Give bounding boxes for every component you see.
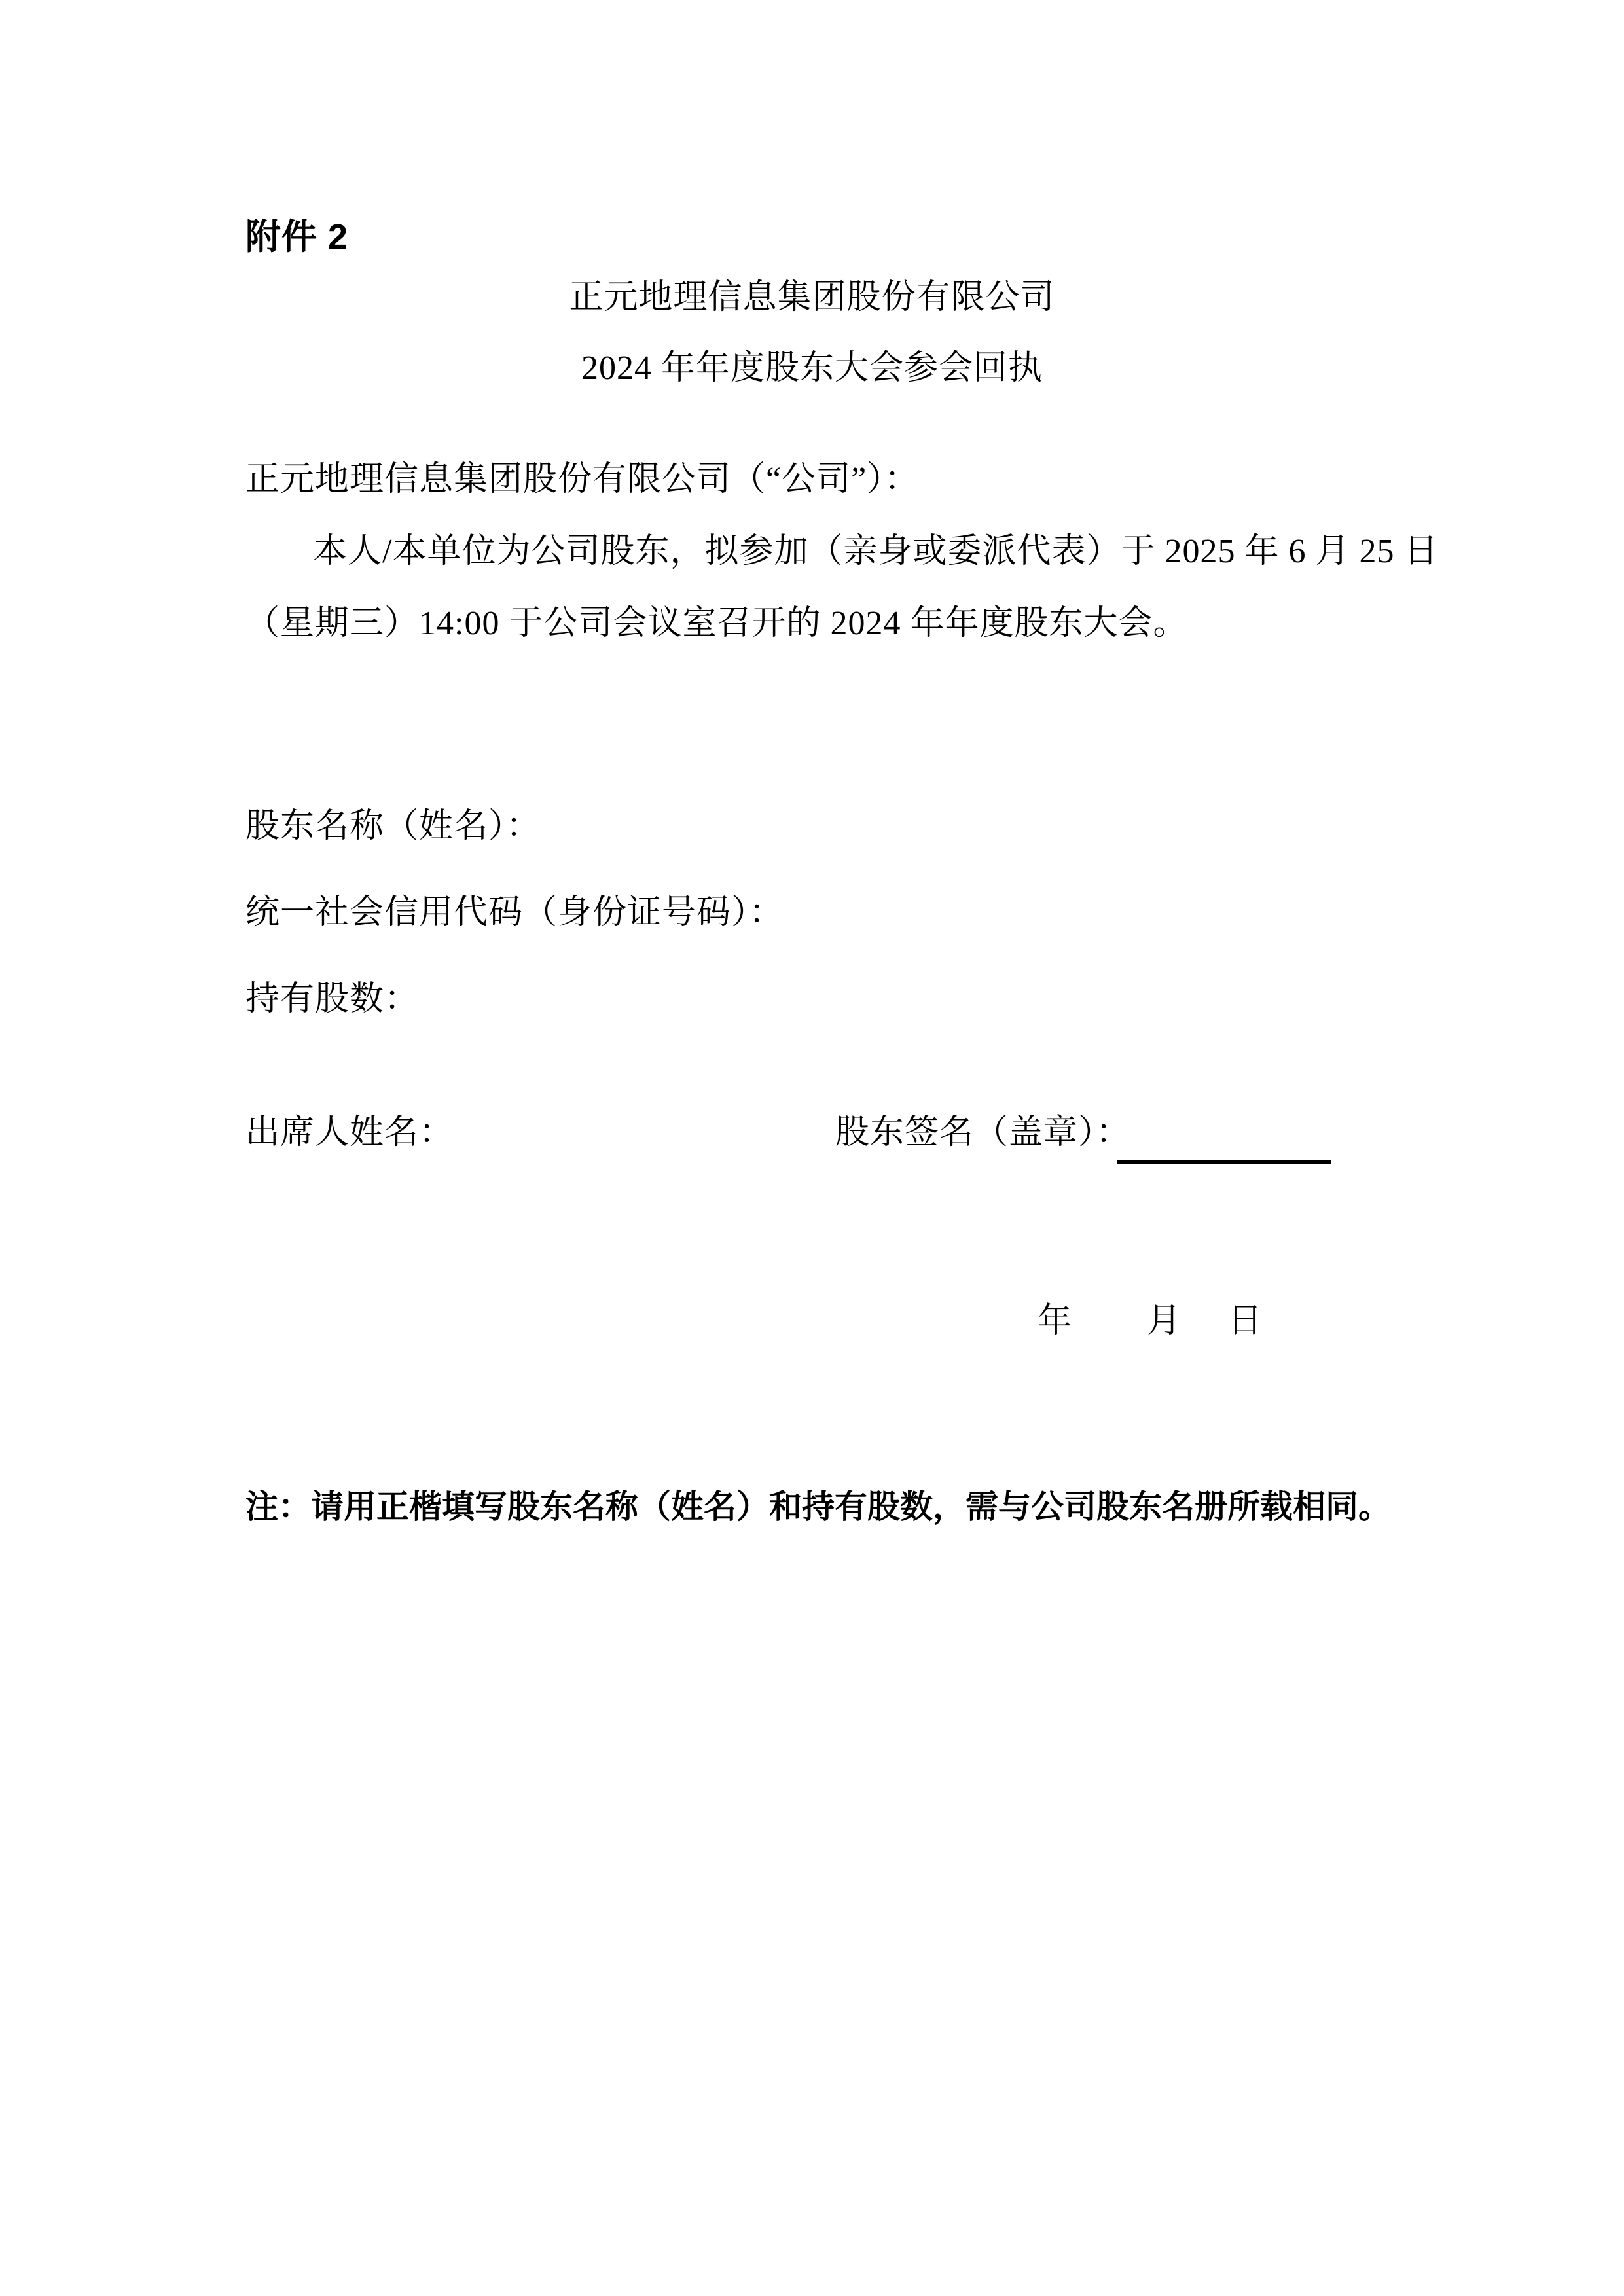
- shares-held-label: 持有股数：: [245, 979, 419, 1020]
- document-title-company: 正元地理信息集团股份有限公司: [0, 278, 1624, 318]
- attachment-label: 附件 2: [245, 216, 348, 259]
- attendee-name-label: 出席人姓名：: [245, 1113, 454, 1153]
- document-title-meeting: 2024 年年度股东大会参会回执: [0, 348, 1624, 389]
- body-paragraph-line-2: （星期三）14:00 于公司会议室召开的 2024 年年度股东大会。: [245, 603, 1187, 644]
- signature-blank-underline: [1117, 1160, 1331, 1164]
- date-month-label: 月: [1147, 1301, 1182, 1342]
- date-year-label: 年: [1038, 1301, 1072, 1342]
- footer-note: 注：请用正楷填写股东名称（姓名）和持有股数，需与公司股东名册所载相同。: [245, 1487, 1391, 1526]
- shareholder-name-label: 股东名称（姓名）：: [245, 806, 541, 847]
- document-page: 附件 2 正元地理信息集团股份有限公司 2024 年年度股东大会参会回执 正元地…: [0, 0, 1624, 2296]
- date-day-label: 日: [1228, 1301, 1263, 1342]
- salutation-line: 正元地理信息集团股份有限公司（“公司”）：: [245, 459, 919, 500]
- body-paragraph-line-1: 本人/本单位为公司股东，拟参加（亲身或委派代表）于 2025 年 6 月 25 …: [313, 531, 1438, 572]
- credit-code-label: 统一社会信用代码（身份证号码）：: [245, 893, 784, 933]
- shareholder-signature-label: 股东签名（盖章）：: [835, 1113, 1130, 1153]
